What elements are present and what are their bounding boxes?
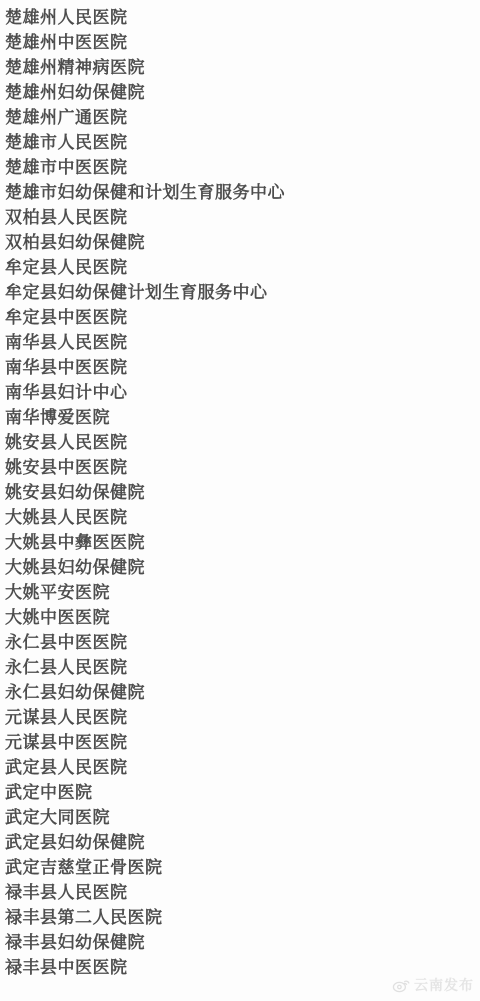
hospital-list-item: 武定吉慈堂正骨医院 <box>5 855 480 880</box>
hospital-list-item: 大姚县中彝医医院 <box>5 530 480 555</box>
hospital-list-item: 大姚县妇幼保健院 <box>5 555 480 580</box>
hospital-list-item: 楚雄州广通医院 <box>5 105 480 130</box>
hospital-list-item: 南华县妇计中心 <box>5 380 480 405</box>
hospital-list-item: 武定大同医院 <box>5 805 480 830</box>
hospital-list-item: 永仁县中医医院 <box>5 630 480 655</box>
hospital-list-item: 楚雄市人民医院 <box>5 130 480 155</box>
hospital-list-item: 楚雄州精神病医院 <box>5 55 480 80</box>
hospital-list-item: 大姚县人民医院 <box>5 505 480 530</box>
hospital-list-item: 楚雄市中医医院 <box>5 155 480 180</box>
weibo-watermark: 云南发布 <box>391 975 474 995</box>
hospital-list-item: 禄丰县人民医院 <box>5 880 480 905</box>
hospital-list-item: 禄丰县妇幼保健院 <box>5 930 480 955</box>
hospital-list-item: 双柏县人民医院 <box>5 205 480 230</box>
weibo-logo-icon <box>391 977 411 993</box>
hospital-list-item: 姚安县人民医院 <box>5 430 480 455</box>
hospital-list-item: 姚安县妇幼保健院 <box>5 480 480 505</box>
hospital-list-item: 大姚平安医院 <box>5 580 480 605</box>
hospital-list-item: 元谋县人民医院 <box>5 705 480 730</box>
hospital-list-item: 永仁县妇幼保健院 <box>5 680 480 705</box>
hospital-name-list: 楚雄州人民医院楚雄州中医医院楚雄州精神病医院楚雄州妇幼保健院楚雄州广通医院楚雄市… <box>0 0 480 980</box>
hospital-list-item: 姚安县中医医院 <box>5 455 480 480</box>
hospital-list-item: 牟定县妇幼保健计划生育服务中心 <box>5 280 480 305</box>
hospital-list-item: 大姚中医医院 <box>5 605 480 630</box>
hospital-list-item: 永仁县人民医院 <box>5 655 480 680</box>
hospital-list-item: 牟定县人民医院 <box>5 255 480 280</box>
hospital-list-item: 楚雄州中医医院 <box>5 30 480 55</box>
hospital-list-item: 武定县人民医院 <box>5 755 480 780</box>
hospital-list-item: 双柏县妇幼保健院 <box>5 230 480 255</box>
hospital-list-item: 元谋县中医医院 <box>5 730 480 755</box>
hospital-list-item: 南华县人民医院 <box>5 330 480 355</box>
hospital-list-item: 南华县中医医院 <box>5 355 480 380</box>
hospital-list-item: 楚雄市妇幼保健和计划生育服务中心 <box>5 180 480 205</box>
hospital-list-item: 牟定县中医医院 <box>5 305 480 330</box>
hospital-list-item: 楚雄州妇幼保健院 <box>5 80 480 105</box>
hospital-list-item: 武定县妇幼保健院 <box>5 830 480 855</box>
hospital-list-item: 楚雄州人民医院 <box>5 5 480 30</box>
hospital-list-item: 禄丰县第二人民医院 <box>5 905 480 930</box>
hospital-list-item: 武定中医院 <box>5 780 480 805</box>
hospital-list-item: 南华博爱医院 <box>5 405 480 430</box>
watermark-label: 云南发布 <box>414 975 474 995</box>
